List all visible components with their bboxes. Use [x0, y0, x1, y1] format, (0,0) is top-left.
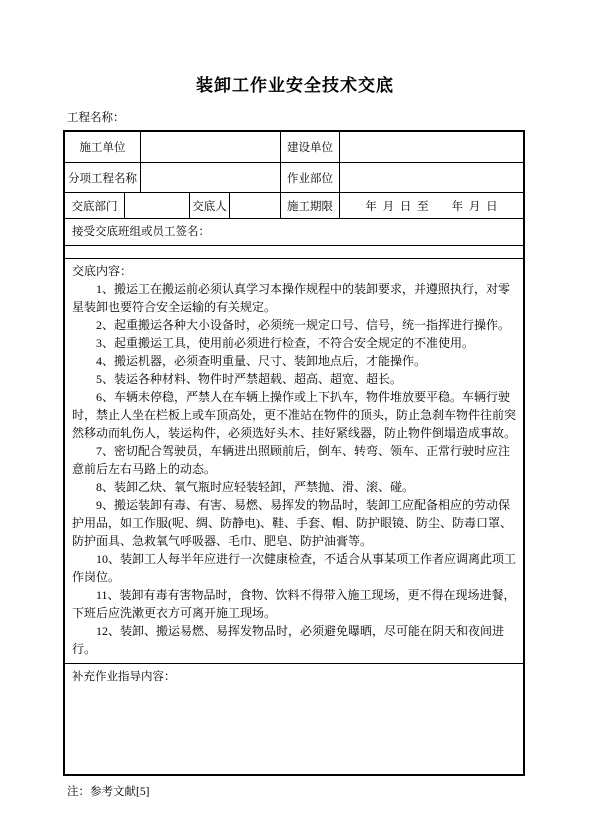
- disclosure-item-4: 4、搬运机器，必须查明重量、尺寸、装卸地点后，才能操作。: [72, 352, 516, 370]
- construction-unit-label: 施工单位: [65, 132, 140, 162]
- construction-period-value: 年 月 日 至 年 月 日: [339, 193, 523, 218]
- table-row-content: 交底内容： 1、搬运工在搬运前必须认真学习本操作规程中的装卸要求，并遵照执行，对…: [65, 258, 523, 663]
- disclosure-item-1: 1、搬运工在搬运前必须认真学习本操作规程中的装卸要求，并遵照执行，对零星装卸也要…: [72, 280, 516, 316]
- table-row-signature-space: [65, 245, 523, 258]
- signature-space-cell: [65, 246, 523, 258]
- work-part-label: 作业部位: [280, 163, 339, 192]
- disclosure-dept-value-cell: [124, 193, 189, 218]
- disclosure-item-12: 12、装卸、搬运易燃、易挥发物品时，必须避免曝晒，尽可能在阴天和夜间进行。: [72, 622, 516, 658]
- document-page: 装卸工作业安全技术交底 工程名称： 施工单位 建设单位 分项工程名称 作业部位 …: [0, 0, 590, 835]
- table-row-signature: 接受交底班组或员工签名：: [65, 218, 523, 245]
- client-unit-value-cell: [339, 132, 523, 162]
- signature-label: 接受交底班组或员工签名：: [65, 219, 523, 245]
- discloser-value-cell: [229, 193, 280, 218]
- table-row-subproject: 分项工程名称 作业部位: [65, 162, 523, 192]
- disclosure-content-heading: 交底内容：: [72, 262, 516, 280]
- work-part-value-cell: [339, 163, 523, 192]
- disclosure-item-6: 6、车辆未停稳，严禁人在车辆上操作或上下扒车，物件堆放要平稳。车辆行驶时，禁止人…: [72, 388, 516, 442]
- disclosure-item-3: 3、起重搬运工具，使用前必须进行检查，不符合安全规定的不准使用。: [72, 334, 516, 352]
- disclosure-item-11: 11、装卸有毒有害物品时，食物、饮料不得带入施工现场，更不得在现场进餐，下班后应…: [72, 586, 516, 622]
- discloser-label: 交底人: [189, 193, 229, 218]
- disclosure-dept-label: 交底部门: [65, 193, 124, 218]
- disclosure-content-cell: 交底内容： 1、搬运工在搬运前必须认真学习本操作规程中的装卸要求，并遵照执行，对…: [65, 259, 523, 663]
- client-unit-label: 建设单位: [280, 132, 339, 162]
- supplement-label: 补充作业指导内容：: [65, 664, 523, 774]
- disclosure-item-7: 7、密切配合驾驶员，车辆进出照顾前后，倒车、转弯、领车、正常行驶时应注意前后左右…: [72, 442, 516, 478]
- disclosure-item-9: 9、搬运装卸有毒、有害、易燃、易挥发的物品时，装卸工应配备相应的劳动保护用品，如…: [72, 496, 516, 550]
- table-row-supplement: 补充作业指导内容：: [65, 663, 523, 774]
- disclosure-item-8: 8、装卸乙炔、氧气瓶时应轻装轻卸，严禁抛、滑、滚、碰。: [72, 478, 516, 496]
- table-row-units: 施工单位 建设单位: [65, 132, 523, 162]
- disclosure-item-10: 10、装卸工人每半年应进行一次健康检查，不适合从事某项工作者应调离此项工作岗位。: [72, 550, 516, 586]
- construction-period-label: 施工期限: [280, 193, 339, 218]
- document-title: 装卸工作业安全技术交底: [0, 0, 590, 96]
- disclosure-form-table: 施工单位 建设单位 分项工程名称 作业部位 交底部门 交底人 施工期限 年 月 …: [63, 130, 525, 776]
- disclosure-item-5: 5、装运各种材料、物件时严禁超载、超高、超宽、超长。: [72, 370, 516, 388]
- sub-project-label: 分项工程名称: [65, 163, 140, 192]
- disclosure-item-2: 2、起重搬运各种大小设备时，必须统一规定口号、信号，统一指挥进行操作。: [72, 316, 516, 334]
- sub-project-value-cell: [140, 163, 280, 192]
- project-name-label: 工程名称：: [67, 111, 590, 125]
- construction-unit-value-cell: [140, 132, 280, 162]
- footer-note: 注：参考文献[5]: [67, 783, 590, 799]
- table-row-disclosure-info: 交底部门 交底人 施工期限 年 月 日 至 年 月 日: [65, 192, 523, 218]
